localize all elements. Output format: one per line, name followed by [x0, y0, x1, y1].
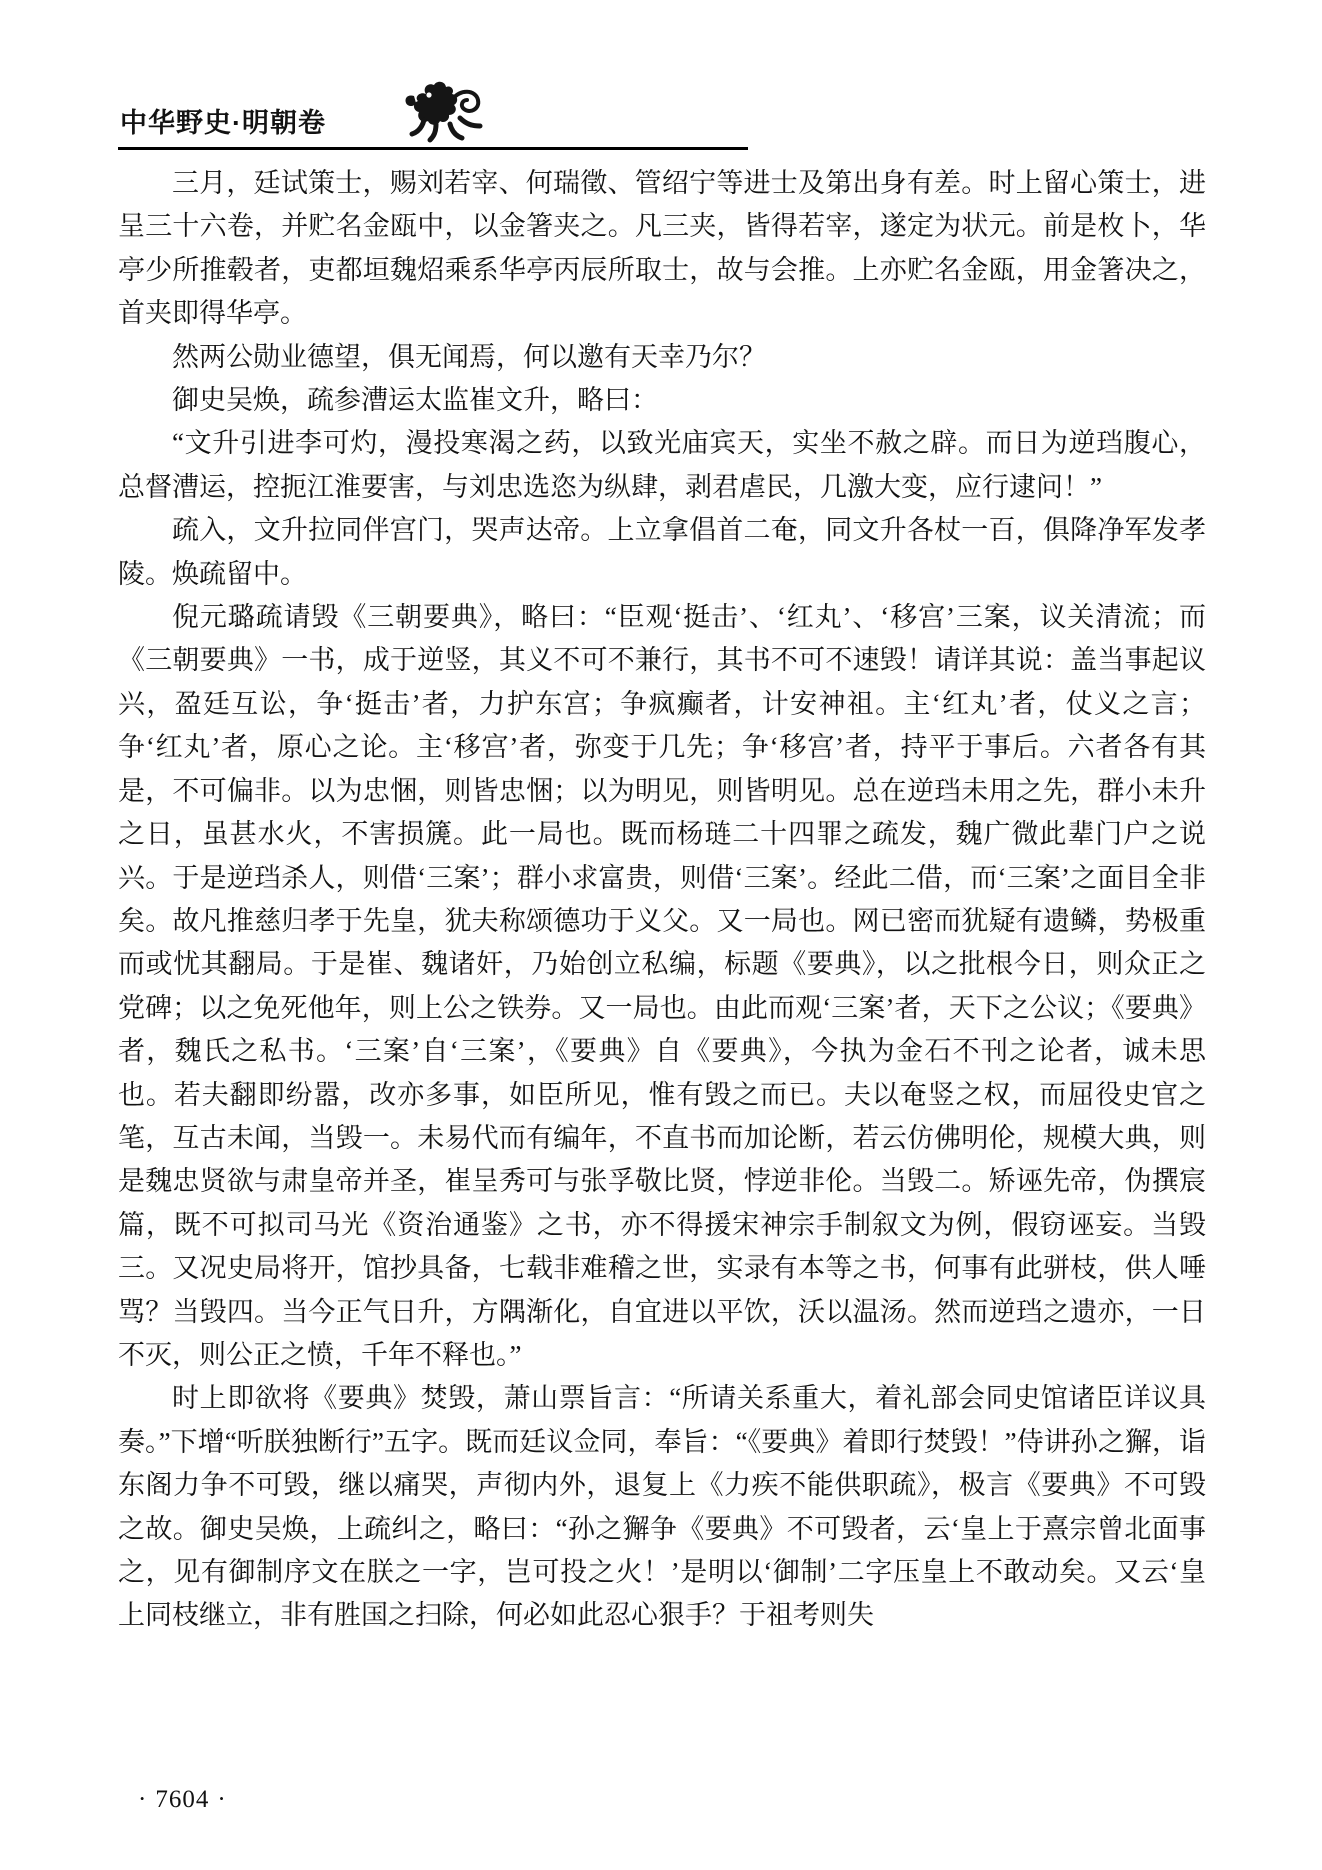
- footer-dot-left: ·: [130, 1786, 155, 1813]
- body-paragraph: “文升引进李可灼，漫投寒渴之药，以致光庙宾天，实坐不赦之辟。而日为逆珰腹心，总督…: [118, 422, 1206, 509]
- dragon-ornament-icon: [402, 80, 490, 150]
- body-paragraph: 然两公勋业德望，俱无闻焉，何以邀有天幸乃尔？: [118, 336, 1206, 379]
- header-divider: [118, 147, 748, 150]
- body-text: 三月，廷试策士，赐刘若宰、何瑞徵、管绍宁等进士及第出身有差。时上留心策士，进呈三…: [118, 162, 1206, 1638]
- book-page: 中华野史·明朝卷 三月，廷试策士，赐刘若宰、何瑞徵、管绍宁等进士及第出身有差。时…: [0, 0, 1322, 1870]
- body-paragraph: 倪元璐疏请毁《三朝要典》，略曰：“臣观‘挺击’、‘红丸’、‘移宫’三案，议关清流…: [118, 596, 1206, 1377]
- footer-dot-right: ·: [209, 1786, 234, 1813]
- footer-page-number: 7604: [155, 1786, 209, 1813]
- page-header: 中华野史·明朝卷: [118, 84, 1208, 150]
- body-paragraph: 三月，廷试策士，赐刘若宰、何瑞徵、管绍宁等进士及第出身有差。时上留心策士，进呈三…: [118, 162, 1206, 336]
- body-paragraph: 时上即欲将《要典》焚毁，萧山票旨言：“所请关系重大，着礼部会同史馆诸臣详议具奏。…: [118, 1377, 1206, 1637]
- book-title: 中华野史·明朝卷: [120, 101, 326, 140]
- body-paragraph: 疏入，文升拉同伴宫门，哭声达帝。上立拿倡首二奄，同文升各杖一百，俱降净军发孝陵。…: [118, 509, 1206, 596]
- page-number: ·7604·: [130, 1786, 235, 1814]
- body-paragraph: 御史吴焕，疏参漕运太监崔文升，略曰：: [118, 379, 1206, 422]
